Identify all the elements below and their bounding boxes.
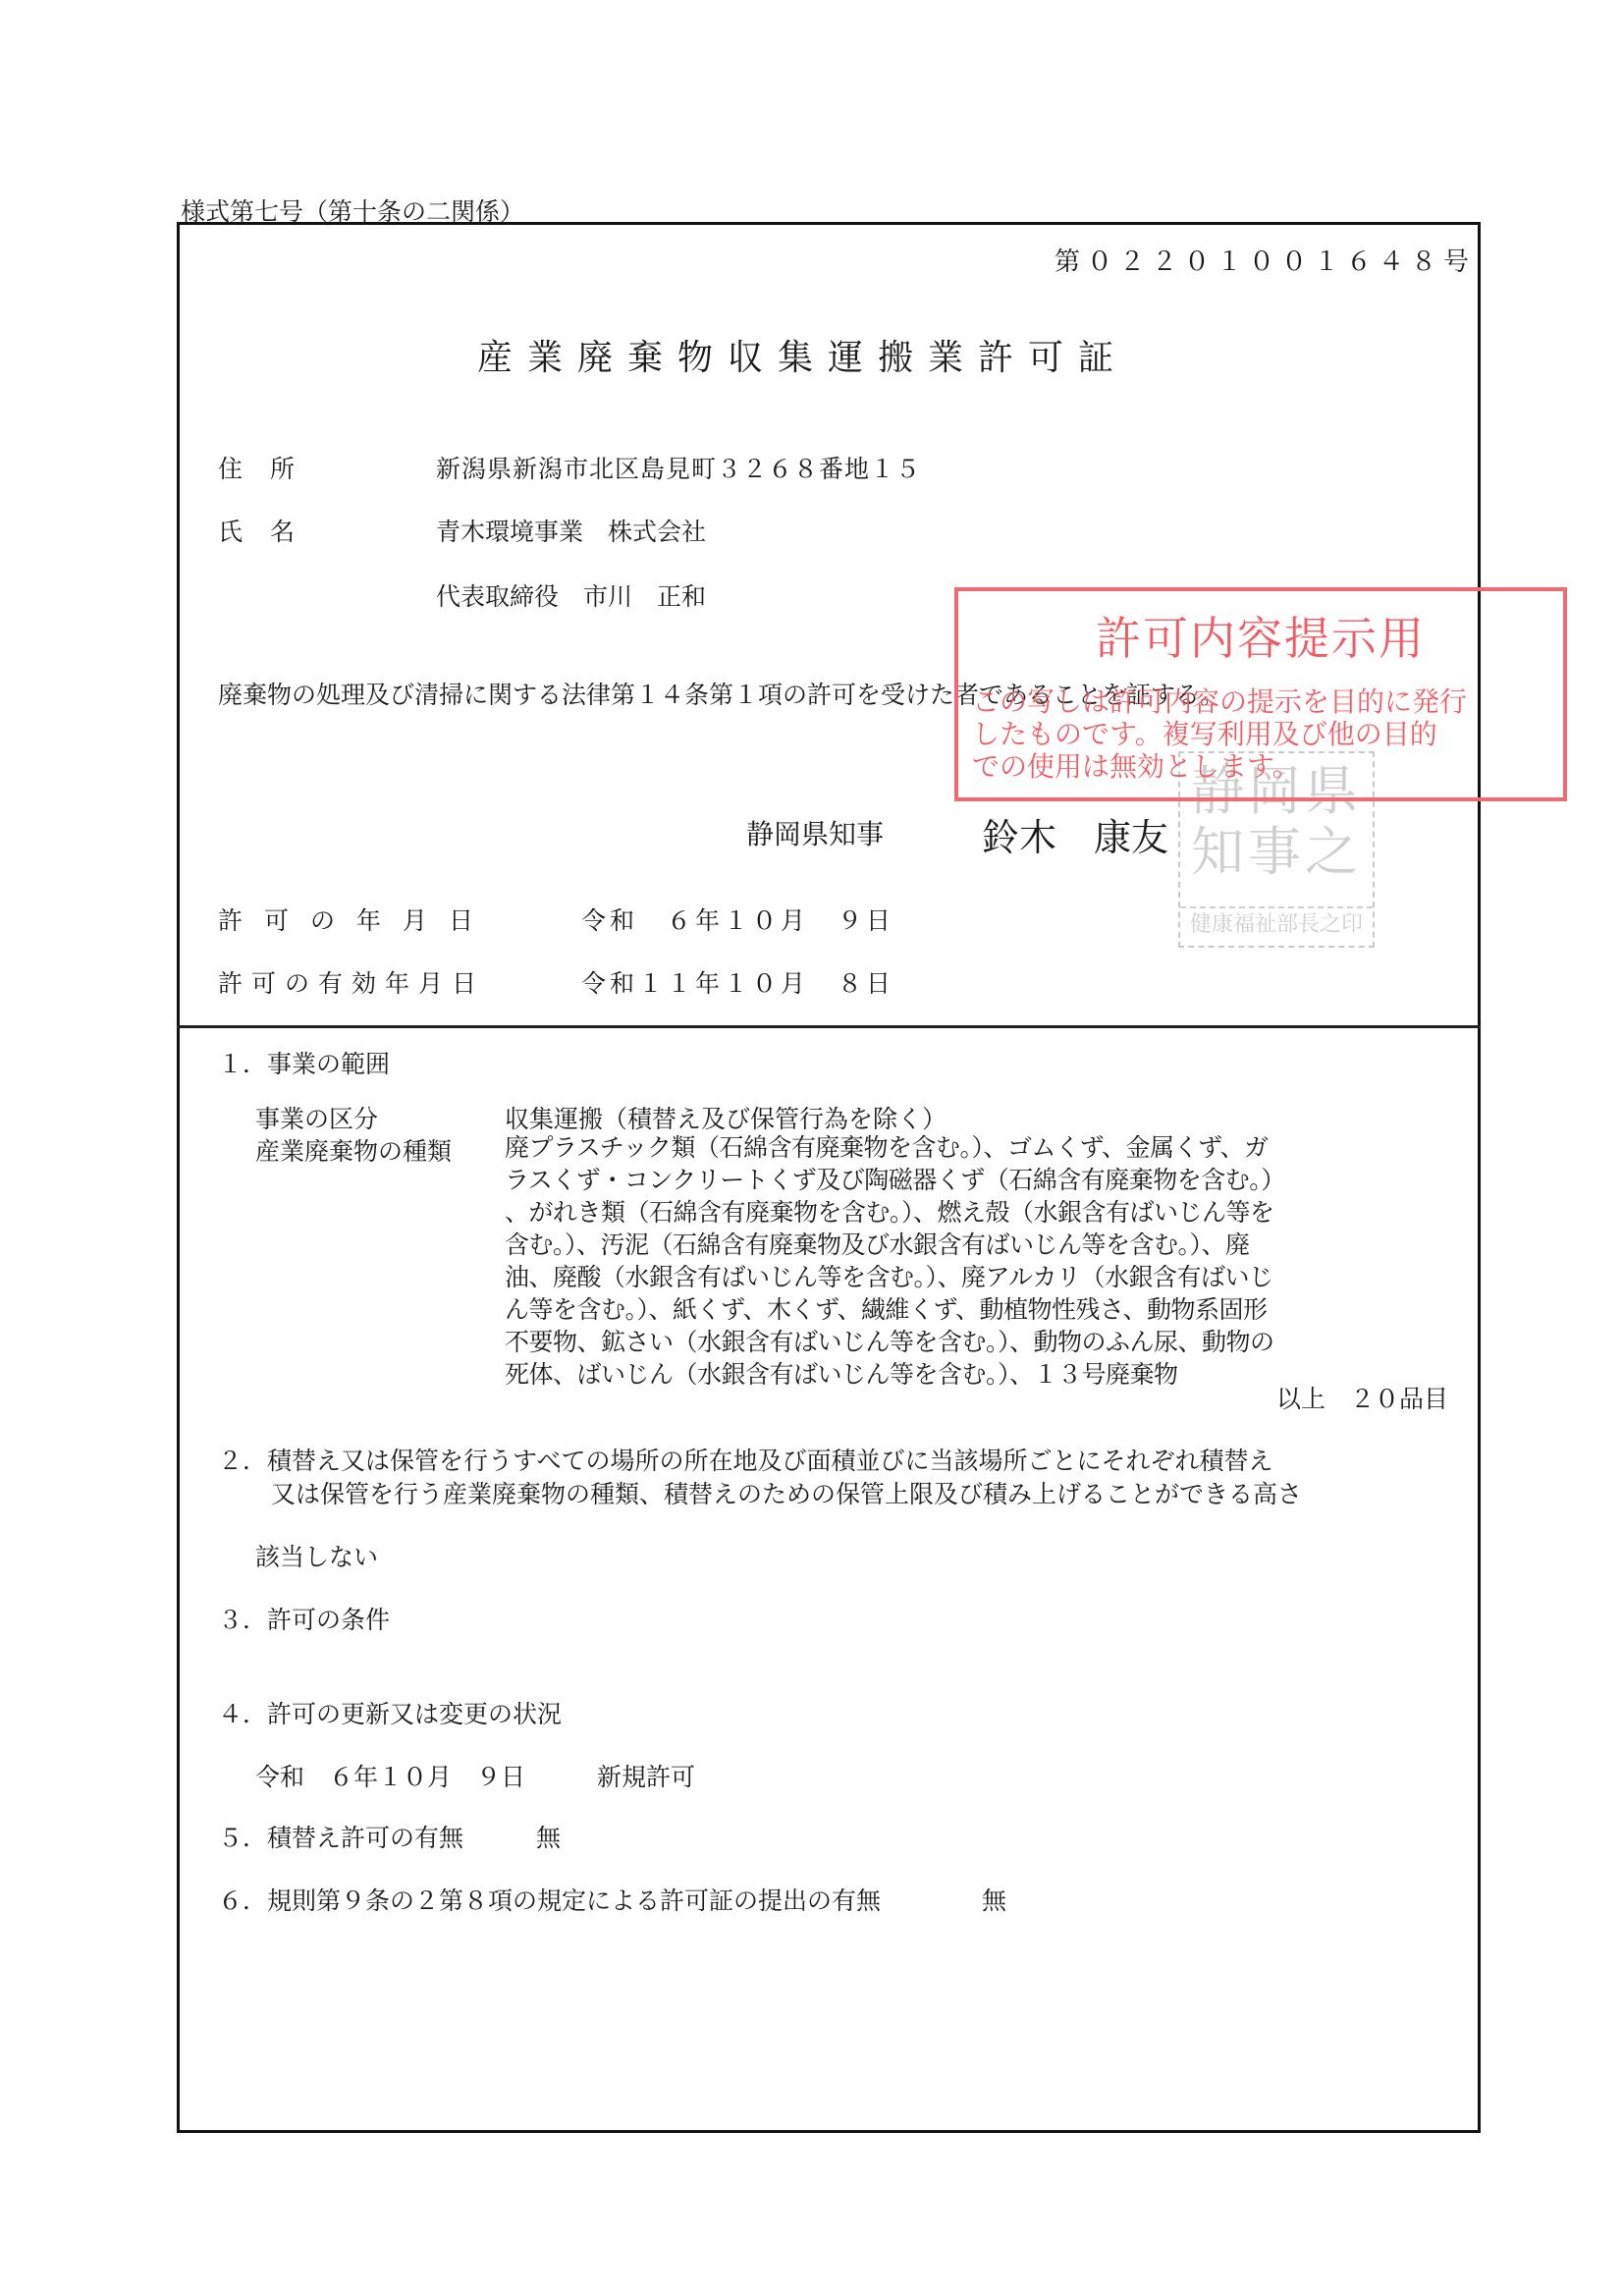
section-5-heading: ５．積替え許可の有無 bbox=[218, 1819, 463, 1854]
name-label: 氏名 bbox=[218, 513, 322, 548]
waste-line: 油、廃酸（水銀含有ばいじん等を含む。）、廃アルカリ（水銀含有ばいじ bbox=[505, 1261, 1285, 1293]
issuer-name: 鈴木 康友 bbox=[982, 807, 1168, 861]
address-label: 住所 bbox=[218, 450, 322, 485]
expiry-date-value: 令和１１年１０月 ８日 bbox=[581, 964, 894, 1000]
waste-line: 、がれき類（石綿含有廃棄物を含む。）、燃え殻（水銀含有ばいじん等を bbox=[505, 1196, 1285, 1229]
page-title: 産業廃棄物収集運搬業許可証 bbox=[477, 330, 1128, 380]
seal-bottom-text: 健康福祉部長之印 bbox=[1180, 906, 1373, 942]
notice-body: この写しは許可内容の提示を目的に発行 したものです。複写利用及び他の目的 での使… bbox=[972, 685, 1467, 783]
issuer-title: 静岡県知事 bbox=[746, 813, 884, 852]
waste-line: 廃プラスチック類（石綿含有廃棄物を含む。）、ゴムくず、金属くず、ガ bbox=[505, 1131, 1285, 1164]
notice-title: 許可内容提示用 bbox=[958, 603, 1563, 668]
waste-types-list: 廃プラスチック類（石綿含有廃棄物を含む。）、ゴムくず、金属くず、ガ ラスくず・コ… bbox=[505, 1131, 1285, 1391]
address-value: 新潟県新潟市北区島見町３２６８番地１５ bbox=[436, 450, 921, 485]
notice-box: 許可内容提示用 この写しは許可内容の提示を目的に発行 したものです。複写利用及び… bbox=[954, 587, 1567, 801]
waste-line: ん等を含む。）、紙くず、木くず、繊維くず、動植物性残さ、動物系固形 bbox=[505, 1293, 1285, 1326]
permit-date-value: 令和 ６年１０月 ９日 bbox=[581, 902, 894, 937]
company-name: 青木環境事業 株式会社 bbox=[436, 513, 706, 548]
waste-line: 不要物、鉱さい（水銀含有ばいじん等を含む。）、動物のふん尿、動物の bbox=[505, 1326, 1285, 1358]
section-divider bbox=[177, 1025, 1481, 1028]
waste-line: 死体、ばいじん（水銀含有ばいじん等を含む。）、１３号廃棄物 bbox=[505, 1358, 1285, 1391]
section-4-status: 新規許可 bbox=[597, 1758, 695, 1793]
permit-date-label: 許可の年月日 bbox=[218, 902, 495, 937]
section-5-value: 無 bbox=[536, 1819, 561, 1854]
section-2-heading-line2: 又は保管を行う産業廃棄物の種類、積替えのための保管上限及び積み上げることができる… bbox=[271, 1475, 1302, 1510]
section-2-value: 該当しない bbox=[255, 1538, 378, 1573]
section-6-value: 無 bbox=[982, 1882, 1006, 1917]
section-4-date: 令和 ６年１０月 ９日 bbox=[255, 1758, 525, 1793]
certificate-number: 第０２２０１００１６４８号 bbox=[1055, 242, 1476, 278]
business-type-label: 事業の区分 bbox=[255, 1100, 378, 1135]
waste-total: 以上 ２０品目 bbox=[1276, 1380, 1448, 1415]
business-type-value: 収集運搬（積替え及び保管行為を除く） bbox=[505, 1100, 947, 1135]
waste-line: 含む。）、汚泥（石綿含有廃棄物及び水銀含有ばいじん等を含む。）、廃 bbox=[505, 1229, 1285, 1261]
expiry-date-label: 許可の有効年月日 bbox=[218, 964, 485, 1000]
representative-name: 代表取締役 市川 正和 bbox=[436, 577, 706, 613]
section-3-heading: ３．許可の条件 bbox=[218, 1601, 390, 1636]
waste-types-label: 産業廃棄物の種類 bbox=[255, 1132, 452, 1168]
section-4-heading: ４．許可の更新又は変更の状況 bbox=[218, 1695, 562, 1730]
waste-line: ラスくず・コンクリートくず及び陶磁器くず（石綿含有廃棄物を含む。） bbox=[505, 1164, 1285, 1196]
section-2-heading-line1: ２．積替え又は保管を行うすべての場所の所在地及び面積並びに当該場所ごとにそれぞれ… bbox=[218, 1442, 1273, 1477]
section-1-heading: １．事業の範囲 bbox=[218, 1045, 390, 1080]
section-6-heading: ６．規則第９条の２第８項の規定による許可証の提出の有無 bbox=[218, 1882, 881, 1917]
